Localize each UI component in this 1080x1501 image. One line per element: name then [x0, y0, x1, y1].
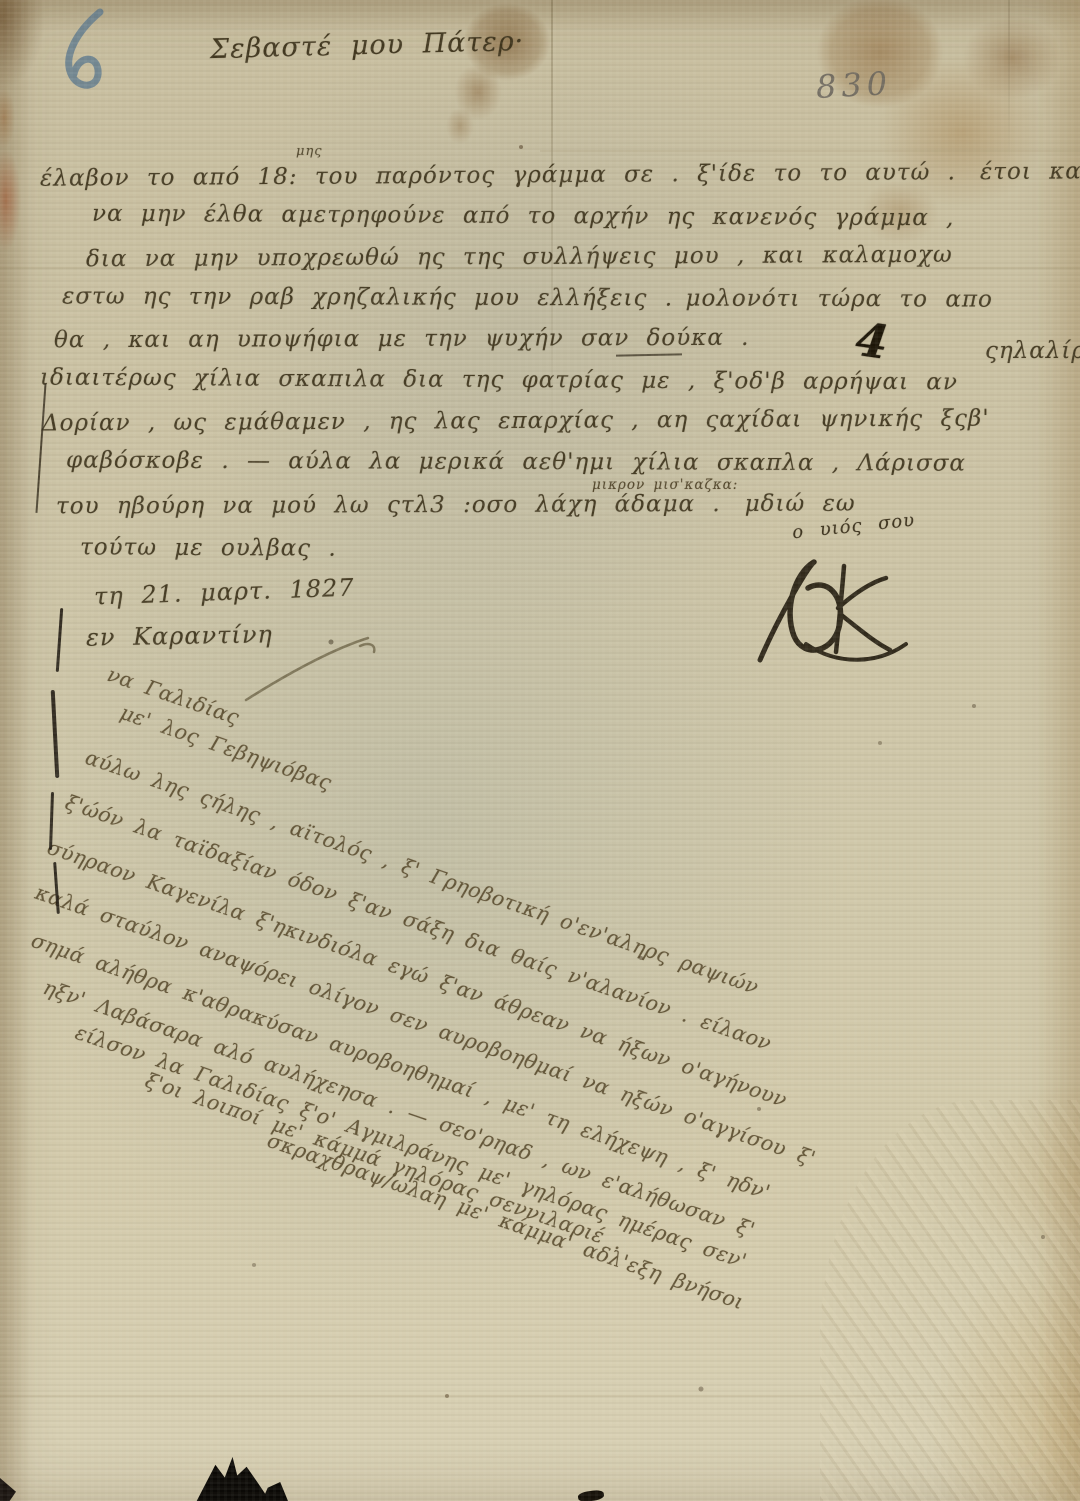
- postscript-line: αύλω λης ςήλης , αϊτολός , ξ' Γρηοβοτική…: [82, 745, 762, 999]
- body-line: εστω ης την ραβ χρηζαλικής μου ελλήξεις …: [62, 283, 993, 312]
- salutation: Σεβαστέ μου Πάτερ·: [210, 26, 525, 65]
- blue-crayon-mark: [56, 6, 126, 106]
- body-line: να μην έλθα αμετρηφούνε από το αρχήν ης …: [92, 201, 955, 232]
- ink-underline: [616, 353, 682, 356]
- ink-smudge-bottom: [577, 1489, 604, 1501]
- body-line: του ηβούρη να μού λω ςτλ3 :οσο λάχη άδαμ…: [56, 491, 856, 520]
- body-line: ιδιαιτέρως χίλια σκαπιλα δια της φατρίας…: [40, 365, 958, 396]
- archive-number: 830: [815, 64, 893, 106]
- superscript-note: μης: [296, 144, 323, 159]
- interlinear-note: μικρον μισ'καζκα:: [592, 477, 738, 493]
- fold-crease-horizontal-lower: [0, 1395, 1080, 1397]
- body-line: φαβόσκοβε . — αύλα λα μερικά αεθ'ημι χίλ…: [66, 447, 966, 476]
- body-line: θα , και αη υποψήφια με την ψυχήν σαν δο…: [54, 325, 750, 353]
- fold-crease-vertical-right: [1008, 0, 1010, 170]
- ink-blot-bottom: [192, 1452, 270, 1501]
- edge-ink-mark: [51, 690, 60, 778]
- signature-flourish: [748, 548, 938, 670]
- body-line-continuation: ςηλαλίρ: [985, 338, 1080, 364]
- fold-crease-horizontal-upper: [540, 150, 1080, 152]
- ink-blot-bottom-small: [262, 1482, 288, 1501]
- crumpled-corner-texture: [820, 1100, 1080, 1501]
- cross-mark: 4: [852, 312, 892, 370]
- corner-damage-bottom-left: [0, 1478, 16, 1501]
- margin-ink-stroke: [35, 383, 46, 513]
- body-line: δια να μην υποχρεωθώ ης της συλλήψεις μο…: [86, 242, 953, 273]
- body-line: έλαβον το από 18: του παρόντος γράμμα σε…: [40, 158, 1080, 191]
- manuscript-scan: 830 Σεβαστέ μου Πάτερ· μης έλαβον το από…: [0, 0, 1080, 1501]
- edge-ink-mark: [56, 608, 63, 672]
- body-line: Δορίαν , ως εμάθαμεν , ης λας επαρχίας ,…: [42, 406, 990, 437]
- place-flourish: [242, 632, 382, 708]
- paper-specks: [0, 0, 2, 2]
- date-line: τη 21. μαρτ. 1827: [94, 573, 355, 610]
- body-line: τούτω με ουλβας .: [80, 534, 337, 561]
